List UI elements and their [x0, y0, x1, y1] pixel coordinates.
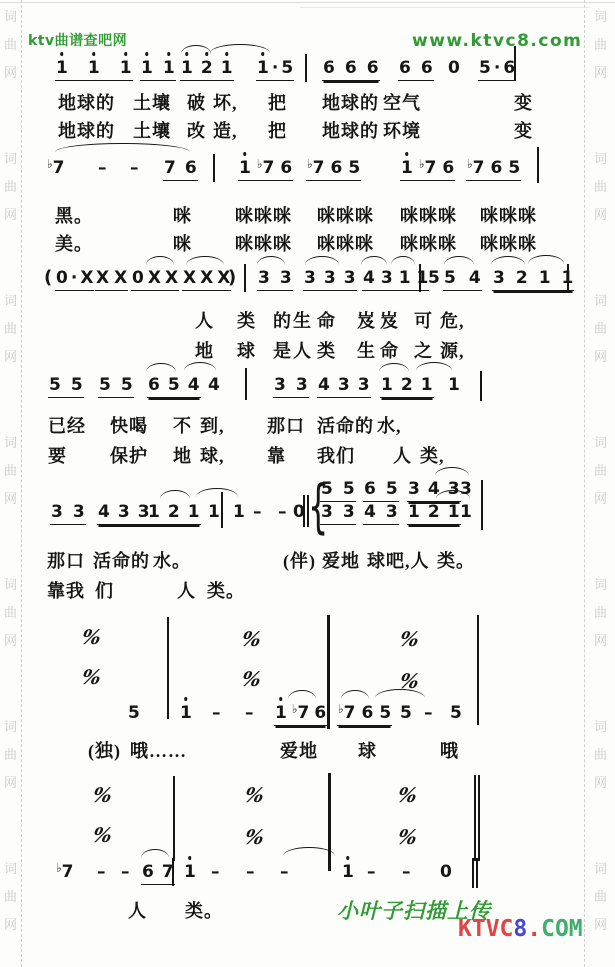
note-group: 1: [180, 703, 192, 723]
note-group: ♭765: [337, 703, 392, 726]
lyric-word: 变: [514, 120, 533, 142]
dash-note: –: [211, 862, 220, 882]
note: X: [80, 268, 93, 288]
lyric-word: (伴): [283, 550, 316, 572]
lyric-word: 类: [237, 310, 256, 332]
slur-arc: [196, 488, 238, 497]
lyric-word: 把: [268, 92, 287, 114]
octave-dot: [243, 152, 247, 156]
note-group: ♭765: [306, 158, 361, 181]
note: 7: [164, 158, 176, 178]
note-group: 121: [180, 58, 234, 81]
octave-dot: [405, 152, 409, 156]
lyric-word: 破: [187, 92, 206, 114]
note: 3: [344, 268, 356, 288]
lyric-word: 要: [48, 445, 67, 467]
note: 3: [274, 375, 286, 395]
lyric-word: 地: [195, 340, 214, 362]
note-group: XXX: [182, 268, 231, 291]
note: 3: [73, 502, 85, 522]
scanned-sheet-music-page: { "header": { "site_name": "ktv曲谱查吧网", "…: [0, 0, 615, 967]
note: 6: [367, 58, 379, 78]
lyric-word: 的: [273, 310, 292, 332]
slur-arc: [491, 256, 525, 265]
lyric-word: 土壤: [133, 92, 171, 114]
logo-segment: .: [527, 916, 541, 942]
lyric-word: 黑。: [55, 205, 93, 227]
lyric-word: 环境: [383, 120, 421, 142]
note-group: ♭7: [56, 862, 74, 882]
note-group: 67: [141, 862, 175, 885]
slur-arc: [528, 255, 564, 264]
lyric-word: 咪咪咪: [235, 233, 292, 255]
note: 5: [508, 158, 520, 178]
note-group: 11: [140, 58, 176, 81]
note: X: [96, 268, 109, 288]
slur-arc: [435, 467, 469, 476]
lyric-word: 坏,: [213, 92, 238, 114]
octave-dot: [124, 52, 128, 56]
lyric-word: 人: [195, 310, 214, 332]
note: 1: [257, 58, 269, 78]
note: ♭7: [338, 703, 356, 723]
note: 2: [168, 502, 180, 522]
simile-repeat-mark: %: [239, 667, 263, 691]
flat-sign: ♭: [292, 702, 298, 716]
sheet-music-score: 111111211·56666605·6地球的土壤破坏,把地球的空气变地球的土壤…: [0, 0, 615, 967]
octave-dot: [188, 856, 192, 860]
slur-arc: [184, 362, 216, 371]
note: X: [200, 268, 213, 288]
note-group: 43: [363, 502, 399, 525]
slur-arc: [361, 256, 387, 265]
lyric-word: 已经: [48, 415, 86, 437]
lyric-word: 快喝: [110, 415, 148, 437]
lyric-word: 是: [273, 340, 292, 362]
note: 0: [56, 268, 68, 288]
note: X: [165, 268, 178, 288]
flat-sign: ♭: [257, 157, 263, 171]
barline: [567, 264, 569, 292]
note: 6: [148, 375, 160, 395]
note-group: 5: [428, 268, 440, 288]
lyric-word: 造,: [213, 120, 238, 142]
barline: [480, 371, 482, 401]
lyric-word: 地球的: [58, 92, 115, 114]
lyric-word: 地球的: [322, 92, 379, 114]
barline: [537, 147, 539, 183]
flat-sign: ♭: [338, 702, 344, 716]
note: 1: [408, 502, 420, 522]
lyric-word: 命: [317, 310, 336, 332]
lyric-word: 咪咪咪: [480, 205, 537, 227]
note-group: 3211: [492, 268, 574, 291]
note: ♭7: [56, 862, 74, 882]
note: 1: [208, 502, 220, 522]
lyric-word: 哦: [440, 740, 459, 762]
lyric-word: 们: [95, 580, 114, 602]
simile-repeat-mark: %: [395, 783, 419, 807]
octave-dot: [60, 52, 64, 56]
lyric-word: 类。: [437, 550, 475, 572]
note-group: 111: [55, 58, 133, 81]
lyric-word: 活命的: [317, 415, 374, 437]
note: 2: [401, 375, 413, 395]
dash-note: –: [367, 862, 376, 882]
lyric-word: 哦……: [130, 740, 187, 762]
lyric-word: 咪咪咪: [400, 233, 457, 255]
lyric-word: 岌: [357, 310, 376, 332]
lyric-word: 美。: [55, 233, 93, 255]
note: 4: [363, 268, 375, 288]
dash-note: –: [212, 703, 221, 723]
lyric-word: 可: [414, 310, 433, 332]
note: ♭7: [47, 158, 65, 178]
lyric-word: 类,: [420, 445, 445, 467]
note: 3: [304, 268, 316, 288]
note-group: 1: [342, 862, 354, 882]
note: 3: [324, 268, 336, 288]
note: 3: [386, 502, 398, 522]
note: 3: [358, 375, 370, 395]
dash-note: –: [246, 862, 255, 882]
note: 0: [448, 58, 460, 78]
lyric-word: 空气: [383, 92, 421, 114]
note: 5: [71, 375, 83, 395]
note-group: 0·X: [55, 268, 94, 291]
lyric-word: 爱地: [280, 740, 318, 762]
note: ·: [71, 268, 77, 288]
parenthesis: (: [44, 268, 52, 288]
slur-arc: [141, 849, 169, 858]
lyric-word: 咪: [173, 233, 192, 255]
dash-note: –: [121, 862, 130, 882]
note: 1: [148, 502, 160, 522]
note-group: 5: [128, 703, 140, 723]
slur-arc: [257, 256, 285, 265]
note: 2: [201, 58, 213, 78]
note: ♭7: [292, 703, 310, 723]
simile-repeat-mark: %: [79, 665, 103, 689]
note: 4: [469, 268, 481, 288]
note: 5: [379, 703, 391, 723]
note-group: 433: [97, 502, 151, 525]
note: ♭7: [419, 158, 437, 178]
flat-sign: ♭: [307, 157, 313, 171]
dash-note: –: [424, 703, 433, 723]
note-group: 66: [398, 58, 434, 81]
note-group: 1·5: [256, 58, 294, 81]
note: 1: [180, 703, 192, 723]
note: 3: [408, 479, 420, 499]
barline: [173, 776, 175, 861]
note: 1: [88, 58, 100, 78]
lyric-word: 人: [177, 580, 196, 602]
barline: [221, 492, 223, 528]
barline: [481, 480, 483, 530]
slur-arc: [181, 45, 211, 54]
slur-arc: [379, 363, 409, 372]
note: 6: [185, 158, 197, 178]
lyric-word: 人: [293, 340, 312, 362]
note-group: 1: [460, 502, 472, 522]
note-group: 33: [50, 502, 86, 525]
simile-repeat-mark: %: [242, 825, 266, 849]
barline: [172, 858, 174, 886]
note-group: 1: [448, 375, 460, 395]
slur-arc: [146, 256, 174, 265]
lyric-word: 水。: [153, 550, 191, 572]
lyric-word: 人: [393, 445, 412, 467]
dash-note: –: [130, 158, 139, 178]
lyric-word: (独): [88, 740, 121, 762]
note: 3: [51, 502, 63, 522]
lyric-word: 活命的: [93, 550, 150, 572]
slur-arc: [288, 690, 316, 699]
note: 6: [142, 862, 154, 882]
note: 5: [168, 375, 180, 395]
note: 4: [364, 502, 376, 522]
octave-dot: [184, 697, 188, 701]
slur-arc: [391, 256, 415, 265]
lyric-word: 土壤: [133, 120, 171, 142]
note-group: 33: [257, 268, 293, 291]
octave-dot: [92, 52, 96, 56]
note-group: 1♭76: [238, 158, 293, 181]
note-group: 5·6: [478, 58, 516, 81]
note: 5: [386, 479, 398, 499]
note: 4: [188, 375, 200, 395]
lyric-word: 把: [268, 120, 287, 142]
octave-dot: [346, 856, 350, 860]
note-group: 55: [98, 375, 134, 398]
note-group: 121: [407, 502, 461, 525]
lyric-word: 靠: [267, 445, 286, 467]
note: 1: [401, 158, 413, 178]
note: 1: [539, 268, 551, 288]
lyric-word: 球吧,人: [367, 550, 430, 572]
note: 5: [479, 58, 491, 78]
lyric-word: 球: [237, 340, 256, 362]
dash-note: –: [402, 862, 411, 882]
barline: [477, 615, 479, 725]
lyric-word: 类。: [207, 580, 245, 602]
note-group: 1♭76: [400, 158, 455, 181]
note-group: 433: [317, 375, 371, 398]
note-group: 5: [450, 703, 462, 723]
logo-segment: COM: [541, 916, 583, 942]
note: 5: [450, 703, 462, 723]
dash-note: –: [280, 862, 289, 882]
slur-arc: [186, 256, 224, 265]
note-group: 33: [320, 502, 356, 525]
note: ♭7: [307, 158, 325, 178]
note-group: 33: [273, 375, 309, 398]
note: 3: [343, 502, 355, 522]
lyric-word: 咪咪咪: [235, 205, 292, 227]
barline: [167, 617, 169, 719]
flat-sign: ♭: [47, 157, 53, 171]
note: 6: [362, 703, 374, 723]
note: 6: [421, 58, 433, 78]
note: 1: [381, 375, 393, 395]
note: 1: [120, 58, 132, 78]
note: ·: [272, 58, 278, 78]
octave-dot: [261, 52, 265, 56]
simile-repeat-mark: %: [395, 825, 419, 849]
dash-note: –: [253, 502, 262, 522]
note: 5: [128, 703, 140, 723]
note: 5: [49, 375, 61, 395]
lyric-word: 岌: [380, 310, 399, 332]
note: 0: [132, 268, 144, 288]
slur-arc: [160, 490, 190, 499]
note: 3: [280, 268, 292, 288]
note-group: 0XX: [131, 268, 179, 291]
lyric-word: 改: [187, 120, 206, 142]
note: 3: [338, 375, 350, 395]
note: 0: [440, 862, 452, 882]
lyric-word: 我们: [317, 445, 355, 467]
lyric-word: 咪咪咪: [480, 233, 537, 255]
lyric-word: 地球的: [58, 120, 115, 142]
note-group: 65: [363, 479, 399, 502]
note-group: 666: [322, 58, 380, 81]
note-group: 1♭76: [274, 703, 327, 726]
lyric-word: 那口: [267, 415, 305, 437]
octave-dot: [145, 52, 149, 56]
dash-note: –: [245, 703, 254, 723]
lyric-word: 命: [380, 340, 399, 362]
lyric-word: 那口: [47, 550, 85, 572]
note: 6: [491, 158, 503, 178]
ktvc8-logo-link[interactable]: KTVC8.COM: [458, 916, 583, 942]
note-group: 1: [233, 502, 245, 522]
lyric-word: 人: [128, 900, 147, 922]
lyric-word: 到,: [200, 415, 225, 437]
lyric-word: 变: [514, 92, 533, 114]
simile-repeat-mark: %: [79, 625, 103, 649]
note: 6: [323, 58, 335, 78]
lyric-word: 危,: [440, 310, 465, 332]
note: 1: [221, 58, 233, 78]
note: 1: [275, 703, 287, 723]
lyric-word: 类: [317, 340, 336, 362]
barline: [213, 154, 215, 182]
lyric-word: 球: [358, 740, 377, 762]
lyric-word: 生: [357, 340, 376, 362]
note: 4: [208, 375, 220, 395]
slur-arc: [375, 689, 425, 698]
note: 5: [400, 703, 412, 723]
note: 1: [399, 268, 411, 288]
note: 6: [364, 479, 376, 499]
slur-arc: [416, 362, 452, 371]
note: 1: [342, 862, 354, 882]
note-group: 654: [147, 375, 201, 398]
note-group: 121: [147, 502, 201, 525]
note-group: 1: [184, 862, 196, 882]
logo-segment: KTVC: [458, 916, 513, 942]
note: ♭7: [467, 158, 485, 178]
note: X: [148, 268, 161, 288]
note-group: 0: [440, 862, 452, 882]
simile-repeat-mark: %: [90, 823, 114, 847]
lyric-word: 水,: [377, 415, 402, 437]
note-group: 4: [208, 375, 220, 395]
note: 6: [314, 703, 326, 723]
lyric-word: 保护: [110, 445, 148, 467]
note: 4: [318, 375, 330, 395]
lyric-word: 咪咪咪: [400, 205, 457, 227]
note: 1: [141, 58, 153, 78]
octave-dot: [279, 697, 283, 701]
note: 1: [163, 58, 175, 78]
barline: [419, 264, 421, 292]
slur-arc: [55, 143, 190, 152]
barline: [245, 368, 247, 400]
note-group: 0: [448, 58, 460, 78]
lyric-word: 爱地: [322, 550, 360, 572]
note: 3: [321, 502, 333, 522]
note-group: 55: [48, 375, 84, 398]
barline: [327, 615, 330, 729]
note: 6: [345, 58, 357, 78]
note: 6: [399, 58, 411, 78]
slur-arc: [305, 256, 339, 265]
note: 4: [98, 502, 110, 522]
note: 3: [118, 502, 130, 522]
note: 2: [516, 268, 528, 288]
dash-note: –: [278, 502, 287, 522]
note: 6: [280, 158, 292, 178]
double-barline: [472, 858, 478, 888]
note: 1: [460, 502, 472, 522]
note-group: ♭7: [47, 158, 65, 178]
slur-arc: [146, 363, 176, 372]
barline: [244, 264, 246, 292]
note: 1: [448, 375, 460, 395]
note: 1: [421, 375, 433, 395]
note: 6: [442, 158, 454, 178]
note: 1: [448, 502, 460, 522]
octave-dot: [167, 52, 171, 56]
note: 3: [381, 268, 393, 288]
note: 3: [296, 375, 308, 395]
lyric-word: 咪: [173, 205, 192, 227]
note: 2: [428, 502, 440, 522]
lyric-word: 咪咪咪: [317, 233, 374, 255]
flat-sign: ♭: [419, 157, 425, 171]
barline: [328, 773, 331, 871]
note: 1: [56, 58, 68, 78]
simile-repeat-mark: %: [242, 783, 266, 807]
slur-arc: [341, 690, 369, 699]
barline: [305, 54, 307, 82]
barline: [514, 46, 516, 80]
note: 1: [181, 58, 193, 78]
lyric-word: 地球的: [322, 120, 379, 142]
lyric-word: 地: [173, 445, 192, 467]
lyric-word: 靠我: [47, 580, 85, 602]
note-group: 333: [303, 268, 357, 291]
slur-arc: [444, 256, 474, 265]
lyric-word: 源,: [440, 340, 465, 362]
parenthesis: ): [228, 268, 236, 288]
note: 1: [233, 502, 245, 522]
note: ♭7: [257, 158, 275, 178]
note-group: ♭765: [466, 158, 521, 181]
